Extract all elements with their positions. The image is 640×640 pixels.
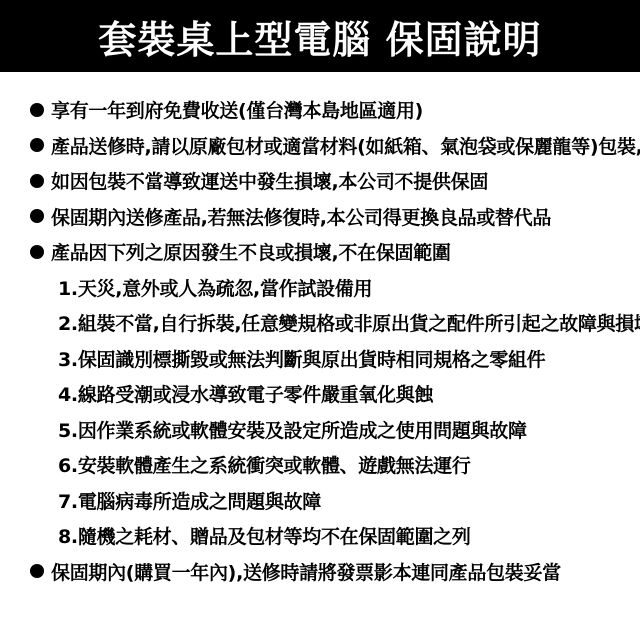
list-sub-item: 8.隨機之耗材、贈品及包材等均不在保固範圍之列 [0,518,640,554]
list-item-text: 7.電腦病毒所造成之問題與故障 [58,487,321,514]
bullet-icon [30,138,44,152]
bullet-icon [30,209,44,223]
bullet-icon [30,174,44,188]
list-item-text: 4.線路受潮或浸水導致電子零件嚴重氧化與蝕 [58,380,433,407]
list-item-text: 如因包裝不當導致運送中發生損壞,本公司不提供保固 [51,167,488,194]
bullet-icon [30,103,44,117]
list-item-text: 產品因下列之原因發生不良或損壞,不在保固範圍 [51,238,451,265]
list-sub-item: 6.安裝軟體產生之系統衝突或軟體、遊戲無法運行 [0,447,640,483]
list-item-text: 5.因作業系統或軟體安裝及設定所造成之使用問題與故障 [58,416,527,443]
list-item-text: 保固期內(購買一年內),送修時請將發票影本連同產品包裝妥當 [51,558,561,585]
list-item-text: 保固期內送修產品,若無法修復時,本公司得更換良品或替代品 [51,203,551,230]
list-item-text: 2.組裝不當,自行拆裝,任意變規格或非原出貨之配件所引起之故障與損壞 [58,309,640,336]
list-sub-item: 3.保固識別標撕毀或無法判斷與原出貨時相同規格之零組件 [0,341,640,377]
list-item: 保固期內送修產品,若無法修復時,本公司得更換良品或替代品 [0,199,640,235]
list-item: 如因包裝不當導致運送中發生損壞,本公司不提供保固 [0,163,640,199]
warranty-document: 套裝桌上型電腦 保固說明 享有一年到府免費收送(僅台灣本島地區適用) 產品送修時… [0,0,640,640]
warranty-list: 享有一年到府免費收送(僅台灣本島地區適用) 產品送修時,請以原廠包材或適當材料(… [0,72,640,589]
list-item-text: 1.天災,意外或人為疏忽,當作試設備用 [58,274,372,301]
list-sub-item: 7.電腦病毒所造成之問題與故障 [0,483,640,519]
list-item-text: 6.安裝軟體產生之系統衝突或軟體、遊戲無法運行 [58,451,471,478]
header-banner: 套裝桌上型電腦 保固說明 [0,0,640,72]
list-item-text: 8.隨機之耗材、贈品及包材等均不在保固範圍之列 [58,522,471,549]
list-item-text: 3.保固識別標撕毀或無法判斷與原出貨時相同規格之零組件 [58,345,545,372]
list-item: 產品送修時,請以原廠包材或適當材料(如紙箱、氣泡袋或保麗龍等)包裝, [0,128,640,164]
page-title: 套裝桌上型電腦 保固說明 [98,9,541,64]
list-sub-item: 1.天災,意外或人為疏忽,當作試設備用 [0,270,640,306]
list-sub-item: 2.組裝不當,自行拆裝,任意變規格或非原出貨之配件所引起之故障與損壞 [0,305,640,341]
list-sub-item: 5.因作業系統或軟體安裝及設定所造成之使用問題與故障 [0,412,640,448]
list-sub-item: 4.線路受潮或浸水導致電子零件嚴重氧化與蝕 [0,376,640,412]
list-item-text: 產品送修時,請以原廠包材或適當材料(如紙箱、氣泡袋或保麗龍等)包裝, [51,132,640,159]
list-item: 保固期內(購買一年內),送修時請將發票影本連同產品包裝妥當 [0,554,640,590]
list-item-text: 享有一年到府免費收送(僅台灣本島地區適用) [51,96,423,123]
bullet-icon [30,564,44,578]
list-item: 享有一年到府免費收送(僅台灣本島地區適用) [0,92,640,128]
bullet-icon [30,245,44,259]
list-item: 產品因下列之原因發生不良或損壞,不在保固範圍 [0,234,640,270]
